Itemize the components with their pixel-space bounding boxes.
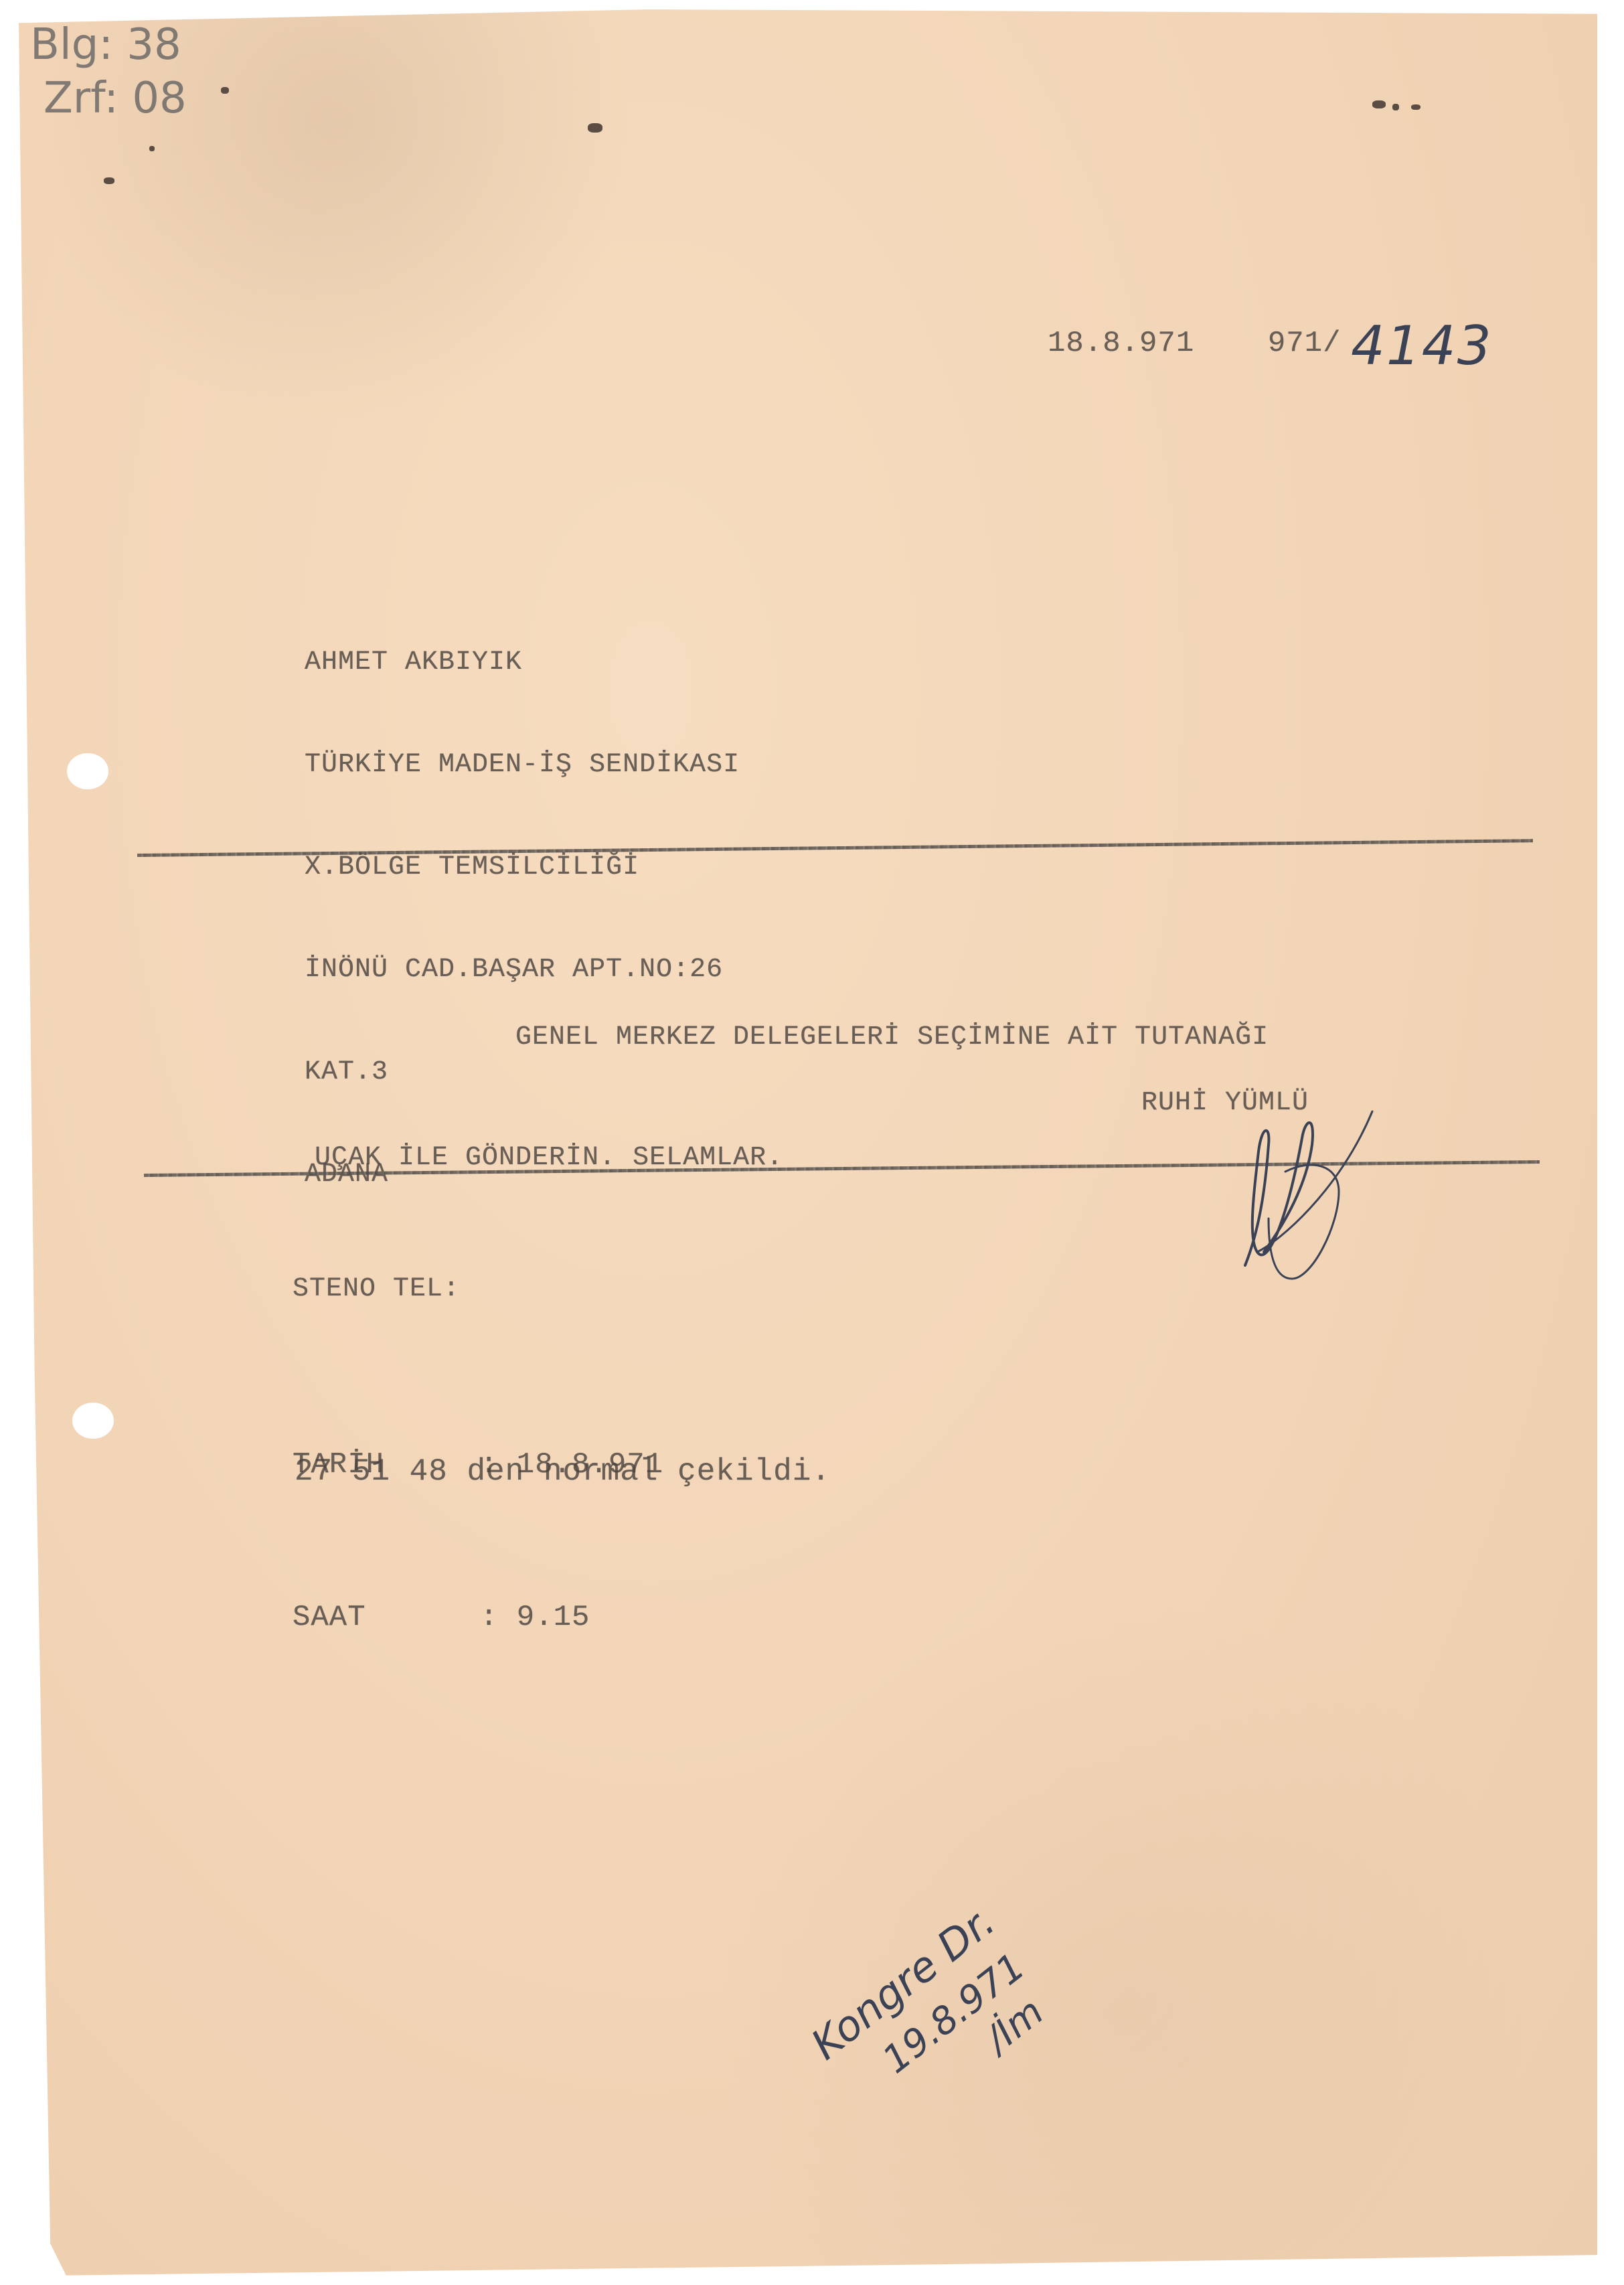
transmission-note: 27 51 48 den normal çekildi.	[295, 1454, 831, 1489]
signature-icon	[1238, 1098, 1399, 1285]
handwritten-annotation-icon: Kongre Dr. 19.8.971 /İm	[783, 1888, 1064, 2116]
time-label: SAAT	[293, 1592, 480, 1643]
transmission-fields: TARİH: 18.8.971 SAAT: 9.15	[293, 1338, 663, 1694]
transmission-time-row: SAAT: 9.15	[293, 1592, 663, 1643]
reference-number-handwritten: 4143	[1351, 315, 1493, 377]
message-body: GENEL MERKEZ DELEGELERİ SEÇİMİNE AİT TUT…	[315, 937, 1269, 1218]
punch-hole	[72, 1403, 114, 1439]
reference-prefix: 971/	[1268, 327, 1342, 360]
time-value: : 9.15	[480, 1601, 590, 1634]
recipient-organization: TÜRKİYE MADEN-İŞ SENDİKASI	[305, 748, 740, 782]
recipient-office: X.BÖLGE TEMSİLCİLİĞİ	[305, 850, 740, 884]
recipient-name: AHMET AKBIYIK	[305, 645, 740, 680]
punch-hole	[67, 753, 108, 789]
archive-mark-folder: Blg: 38	[30, 20, 181, 70]
message-line-1: GENEL MERKEZ DELEGELERİ SEÇİMİNE AİT TUT…	[315, 1018, 1269, 1058]
archive-mark-envelope: Zrf: 08	[44, 74, 187, 123]
header-date: 18.8.971	[1048, 327, 1194, 360]
transmission-heading: STENO TEL:	[293, 1274, 460, 1304]
header-date-reference: 18.8.971 971/	[1048, 327, 1341, 360]
